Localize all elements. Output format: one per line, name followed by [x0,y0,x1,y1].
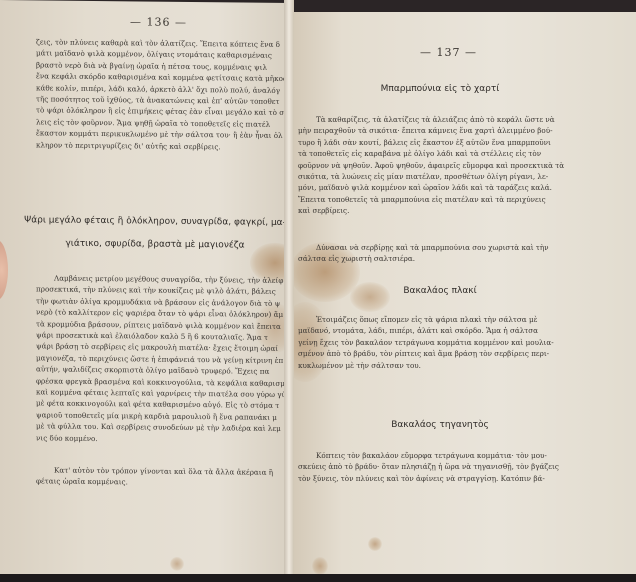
text-line: τὰ τοποθετεῖς εἰς καραβάνα μὲ ὀλίγο λάδι… [298,148,578,159]
text-line: Ἔπειτα τοποθετεῖς τὰ μπαρμπούνια εἰς πια… [298,194,578,205]
section-title: Βακαλάος πλακί [290,284,590,298]
text-line: σμένον ἀπὸ τὸ βράδυ, τὸν ρίπτεις καὶ ἅμα… [298,348,578,359]
section-note: Δύνασαι νὰ σερβίρῃς καὶ τὰ μπαρμπούνια σ… [298,242,578,265]
text-line: σάλτσα εἰς χωριστὴ σαλτσιέρα. [298,253,578,264]
text-line: σικότια, τὰ λυώνεις εἰς μίαν πιατέλαν, π… [298,171,578,182]
stain [312,557,328,575]
text-line: τὸν ξύνεις, τὸν πλύνεις καὶ τὸν ἀφίνεις … [298,473,578,484]
text-line: μαϊδανό, ντομάτα, λάδι, πιπέρι, ἀλάτι κα… [298,325,578,336]
text-line: Τὰ καθαρίζεις, τὰ ἀλατίζεις τὰ ἀλειάζεις… [298,114,578,125]
thumb [0,240,8,300]
text-line: Δύνασαι νὰ σερβίρῃς καὶ τὰ μπαρμπούνια σ… [298,242,578,253]
page-number: — 137 — [420,46,477,59]
table-surface [0,574,636,582]
text-line: Ψάρι μεγάλο φέταις ἢ ὁλόκληρον, συναγρίδ… [20,213,290,230]
section-title: Μπαρμπούνια εἰς τὸ χαρτί [290,82,590,96]
text-line: τυρο ἢ λάδι σὰν κουτί, βάλεις εἰς ἕκαστο… [298,137,578,148]
page-number: — 136 — [130,15,187,29]
text-line: φοῦρνον νὰ ψηθοῦν. Ἀφοῦ ψηθοῦν, ἀφαιρεῖς… [298,160,578,171]
text-line: Κόπτεις τὸν βακαλάον εὔμορφα τετράγωνα κ… [298,450,578,461]
text-line: καὶ σερβίρεις. [298,205,578,216]
section-paragraph: Τὰ καθαρίζεις, τὰ ἀλατίζεις τὰ ἀλειάζεις… [298,114,578,217]
open-book: — 136 — ζεις, τὸν πλύνεις καθαρὰ καὶ τὸν… [0,0,636,582]
text-line: Ἑτοιμάζεις ὅπως εἴπομεν εἰς τὰ ψάρια πλα… [298,314,578,325]
recipe-title: Ψάρι μεγάλο φέταις ἢ ὁλόκληρον, συναγρίδ… [20,204,290,262]
intro-paragraph: ζεις, τὸν πλύνεις καθαρὰ καὶ τὸν ἀλατίζε… [36,36,290,153]
stain [368,537,382,551]
section-paragraph: Κόπτεις τὸν βακαλάον εὔμορφα τετράγωνα κ… [298,450,578,484]
section-paragraph: Ἑτοιμάζεις ὅπως εἴπομεν εἰς τὰ ψάρια πλα… [298,314,578,371]
book-gutter [284,0,294,582]
text-line: γείνῃ ἔχεις τὸν βακαλάον τετράγωνα κομμά… [298,337,578,348]
text-line: κυκλωμένον μὲ τὴν σάλτσαν του. [298,360,578,371]
right-page: — 137 — Μπαρμπούνια εἰς τὸ χαρτί Τὰ καθα… [290,12,636,577]
text-line: γιάτικο, σφυρίδα, βραστὰ μὲ μαγιονέζα [20,236,290,253]
stain [170,557,184,571]
text-line: φέταις ὡραῖα κομμέναις. [36,476,290,490]
recipe-paragraph: Λαμβάνεις μετρίου μεγέθους συναγρίδα, τὴ… [36,272,290,446]
text-line: σκεύεις ἀπὸ τὸ βράδυ· ὅταν πλησιάζῃ ἡ ὥρ… [298,461,578,472]
closing-paragraph: Κατ' αὐτὸν τὸν τρόπον γίνονται καὶ ὅλα τ… [36,464,290,490]
section-title: Βακαλάος τηγανητὸς [290,418,590,432]
left-page: — 136 — ζεις, τὸν πλύνεις καθαρὰ καὶ τὸν… [0,0,290,578]
text-line: μὴν πειραχθοῦν τὰ σικότια· ἔπειτα κάμνει… [298,125,578,136]
text-line: μόνι, μαϊδανὸ ψιλὰ κομμένον καὶ ὡραῖον λ… [298,182,578,193]
